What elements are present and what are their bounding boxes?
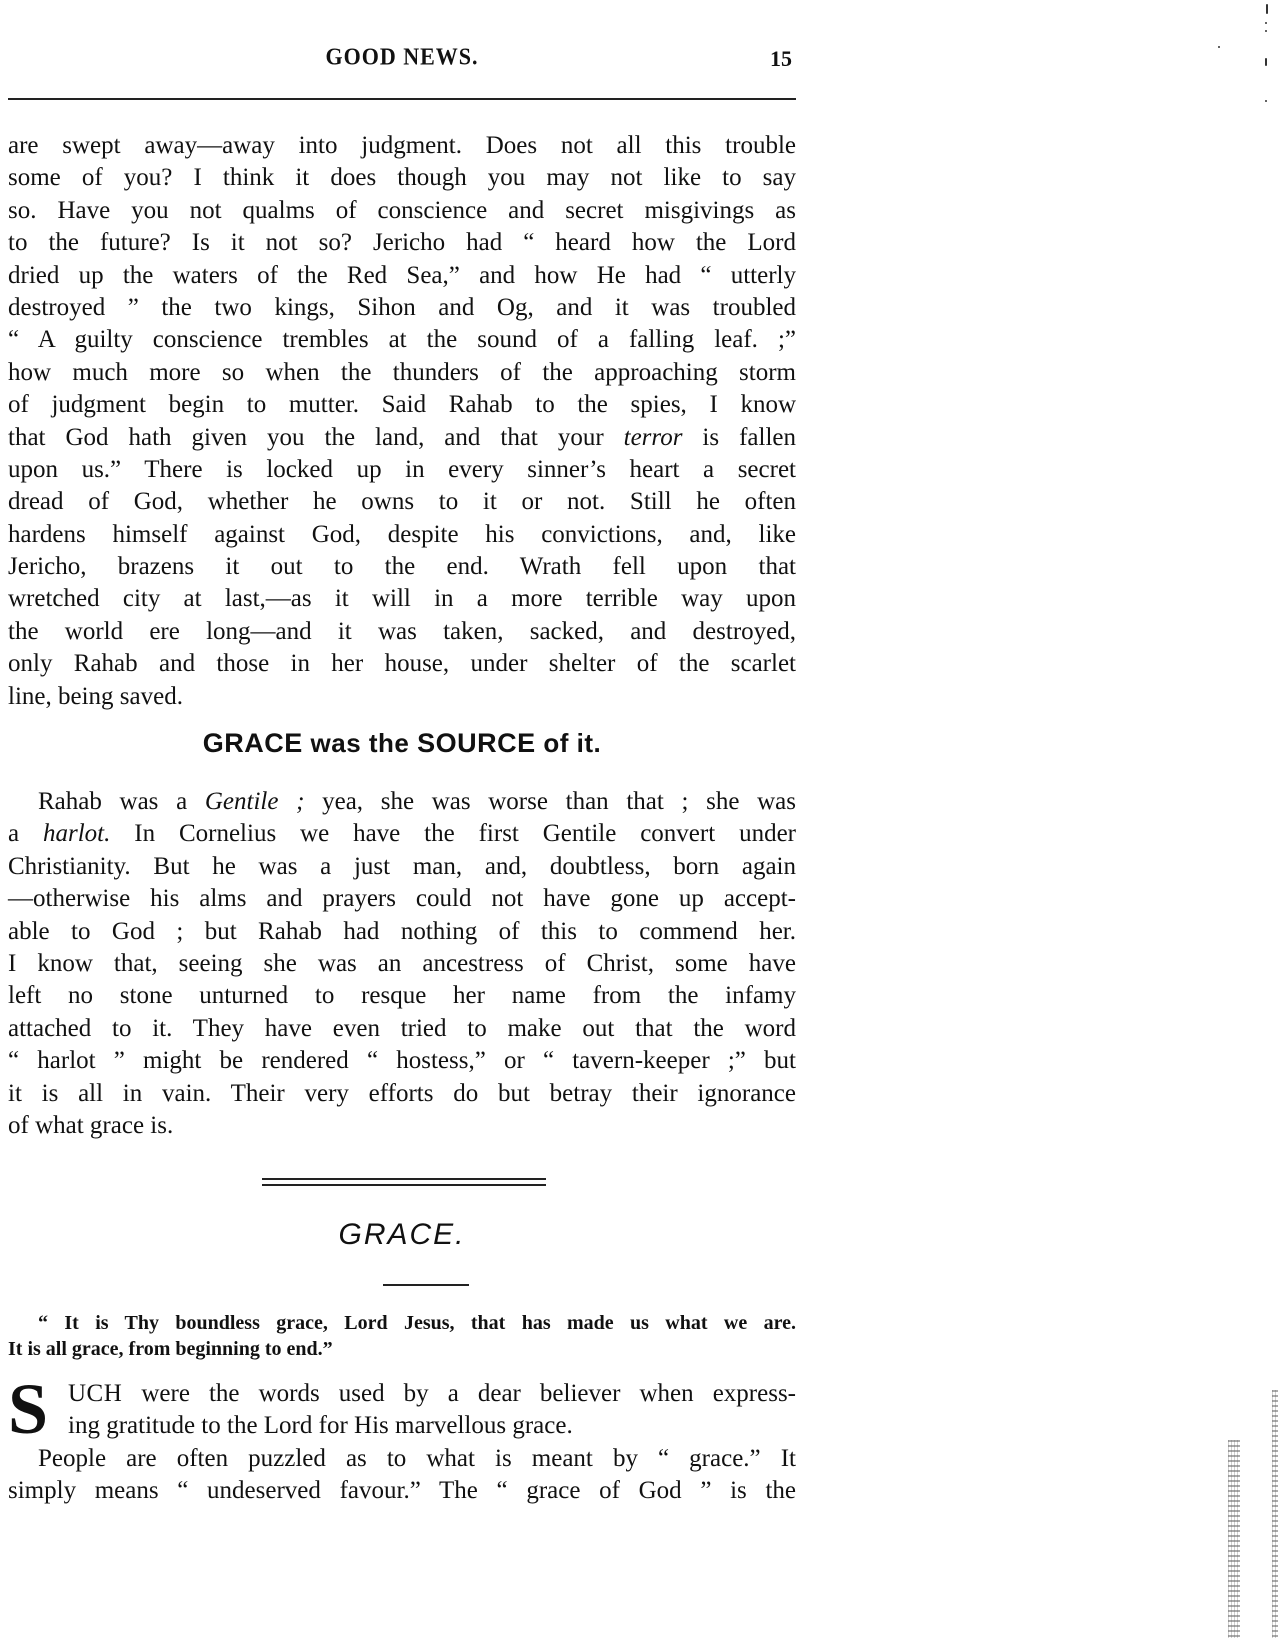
paragraph-rahab: Rahab was a Gentile ; yea, she was worse… [8,786,796,1142]
text-run: is fallen [682,424,796,451]
title-rule [383,1284,469,1286]
text-line: “ It is Thy boundless grace, Lord Jesus,… [8,1310,796,1336]
scan-speck [1266,4,1268,14]
text-line: It is all grace, from beginning to end.” [8,1336,796,1362]
text-line: dried up the waters of the Red Sea,” and… [8,260,796,292]
text-run: UCH [68,1380,122,1407]
text-line: of judgment begin to mutter. Said Rahab … [8,389,796,421]
text-line: are swept away—away into judgment. Does … [8,130,796,162]
text-line: of what grace is. [8,1110,796,1142]
drop-cap: S [8,1376,48,1442]
text-line: ing gratitude to the Lord for His marvel… [68,1410,796,1442]
text-line: UCH were the words used by a dear believ… [68,1378,796,1410]
dropcap-paragraph: S UCH were the words used by a dear beli… [8,1378,796,1443]
scan-speck [1265,58,1267,66]
text-run: were the words used by a dear believer w… [122,1380,796,1407]
text-line: Rahab was a Gentile ; yea, she was worse… [8,786,796,818]
heading-word: was the [303,728,417,758]
text-line: —otherwise his alms and prayers could no… [8,883,796,915]
text-line: that God hath given you the land, and th… [8,422,796,454]
text-line: only Rahab and those in her house, under… [8,648,796,680]
text-line: the world ere long—and it was taken, sac… [8,616,796,648]
text-line: wretched city at last,—as it will in a m… [8,583,796,615]
scan-speck [1218,46,1220,48]
italic-emphasis: terror [624,424,683,451]
text-line: some of you? I think it does though you … [8,162,796,194]
text-line: to the future? Is it not so? Jericho had… [8,227,796,259]
text-line: attached to it. They have even tried to … [8,1013,796,1045]
section-divider [262,1178,546,1186]
running-title: GOOD NEWS. [8,43,796,72]
article-title: GRACE. [8,1218,796,1252]
text-line: I know that, seeing she was an ancestres… [8,948,796,980]
running-head: GOOD NEWS. 15 [8,44,796,74]
paragraph-jericho: are swept away—away into judgment. Does … [8,130,796,713]
text-line: line, being saved. [8,681,796,713]
text-run: In Cornelius we have the first Gentile c… [110,820,796,847]
text-line: dread of God, whether he owns to it or n… [8,486,796,518]
text-run: that God hath given you the land, and th… [8,424,624,451]
epigraph-quote: “ It is Thy boundless grace, Lord Jesus,… [8,1310,796,1362]
text-line: Christianity. But he was a just man, and… [8,851,796,883]
scan-noise-strip [1272,1390,1278,1638]
italic-emphasis: harlot. [43,820,110,847]
text-line: left no stone unturned to resque her nam… [8,980,796,1012]
text-line: hardens himself against God, despite his… [8,519,796,551]
text-run: Rahab was a [38,788,205,815]
scan-speck [1265,22,1267,24]
italic-emphasis: Gentile ; [205,788,305,815]
text-line: destroyed ” the two kings, Sihon and Og,… [8,292,796,324]
header-rule [8,98,796,100]
text-line: upon us.” There is locked up in every si… [8,454,796,486]
scan-edge-noise [1220,0,1280,110]
scan-speck [1265,30,1267,32]
text-line: People are often puzzled as to what is m… [8,1443,796,1475]
text-line: “ harlot ” might be rendered “ hostess,”… [8,1045,796,1077]
text-line: it is all in vain. Their very efforts do… [8,1078,796,1110]
text-run: a [8,820,43,847]
text-line: how much more so when the thunders of th… [8,357,796,389]
scan-noise-strip [1228,1440,1240,1638]
heading-word: SOURCE [417,728,536,758]
text-line: a harlot. In Cornelius we have the first… [8,818,796,850]
scan-edge-noise [1220,1380,1280,1638]
text-line: Jericho, brazens it out to the end. Wrat… [8,551,796,583]
paragraph-grace: S UCH were the words used by a dear beli… [8,1378,796,1508]
scan-speck [1265,100,1267,102]
text-line: “ A guilty conscience trembles at the so… [8,324,796,356]
page-number: 15 [770,46,792,72]
text-run: yea, she was worse than that ; she was [304,788,796,815]
text-line: able to God ; but Rahab had nothing of t… [8,916,796,948]
section-heading: GRACE was the SOURCE of it. [8,728,796,759]
heading-word: of it. [536,728,602,758]
heading-word: GRACE [203,728,303,758]
text-line: simply means “ undeserved favour.” The “… [8,1475,796,1507]
text-line: so. Have you not qualms of conscience an… [8,195,796,227]
